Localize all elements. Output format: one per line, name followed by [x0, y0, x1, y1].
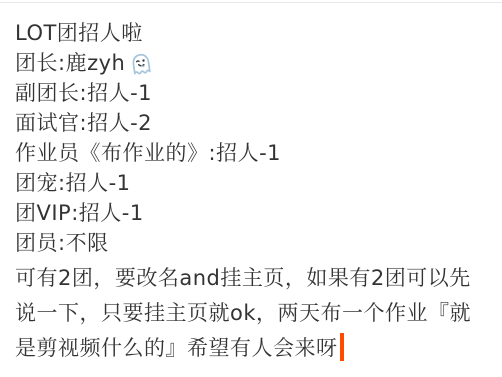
- note-line-text: 副团长:招人-1: [15, 78, 152, 108]
- note-line: 团VIP:招人-1: [15, 198, 488, 228]
- note-line-text: 团宠:招人-1: [15, 168, 131, 198]
- note-line-text: 团VIP:招人-1: [15, 198, 144, 228]
- top-divider: [0, 2, 502, 3]
- note-line: 面试官:招人-2: [15, 108, 488, 138]
- note-line: 团宠:招人-1: [15, 168, 488, 198]
- note-line-text: 面试官:招人-2: [15, 108, 152, 138]
- note-line: LOT团招人啦: [15, 18, 488, 48]
- note-line: 团员:不限: [15, 228, 488, 258]
- note-line-text: 作业员《布作业的》:招人-1: [15, 138, 281, 168]
- note-line: 作业员《布作业的》:招人-1: [15, 138, 488, 168]
- ghost-emoji-icon: [127, 50, 156, 79]
- note-line: 团长:鹿zyh: [15, 48, 488, 78]
- note-paragraph: 可有2团，要改名and挂主页，如果有2团可以先说一下，只要挂主页就ok，两天布一…: [15, 261, 488, 366]
- note-paragraph-text: 可有2团，要改名and挂主页，如果有2团可以先说一下，只要挂主页就ok，两天布一…: [15, 266, 471, 360]
- text-cursor: [340, 333, 344, 361]
- note-line-text: 团员:不限: [15, 228, 109, 258]
- note-line-text: 团长:鹿zyh: [15, 48, 125, 78]
- note-line-text: LOT团招人啦: [15, 18, 143, 48]
- note-page: LOT团招人啦 团长:鹿zyh 副团长:招人-1 面试官:招人-2 作业员《布作…: [0, 0, 502, 377]
- text-editor-area[interactable]: LOT团招人啦 团长:鹿zyh 副团长:招人-1 面试官:招人-2 作业员《布作…: [15, 18, 488, 377]
- note-line: 副团长:招人-1: [15, 78, 488, 108]
